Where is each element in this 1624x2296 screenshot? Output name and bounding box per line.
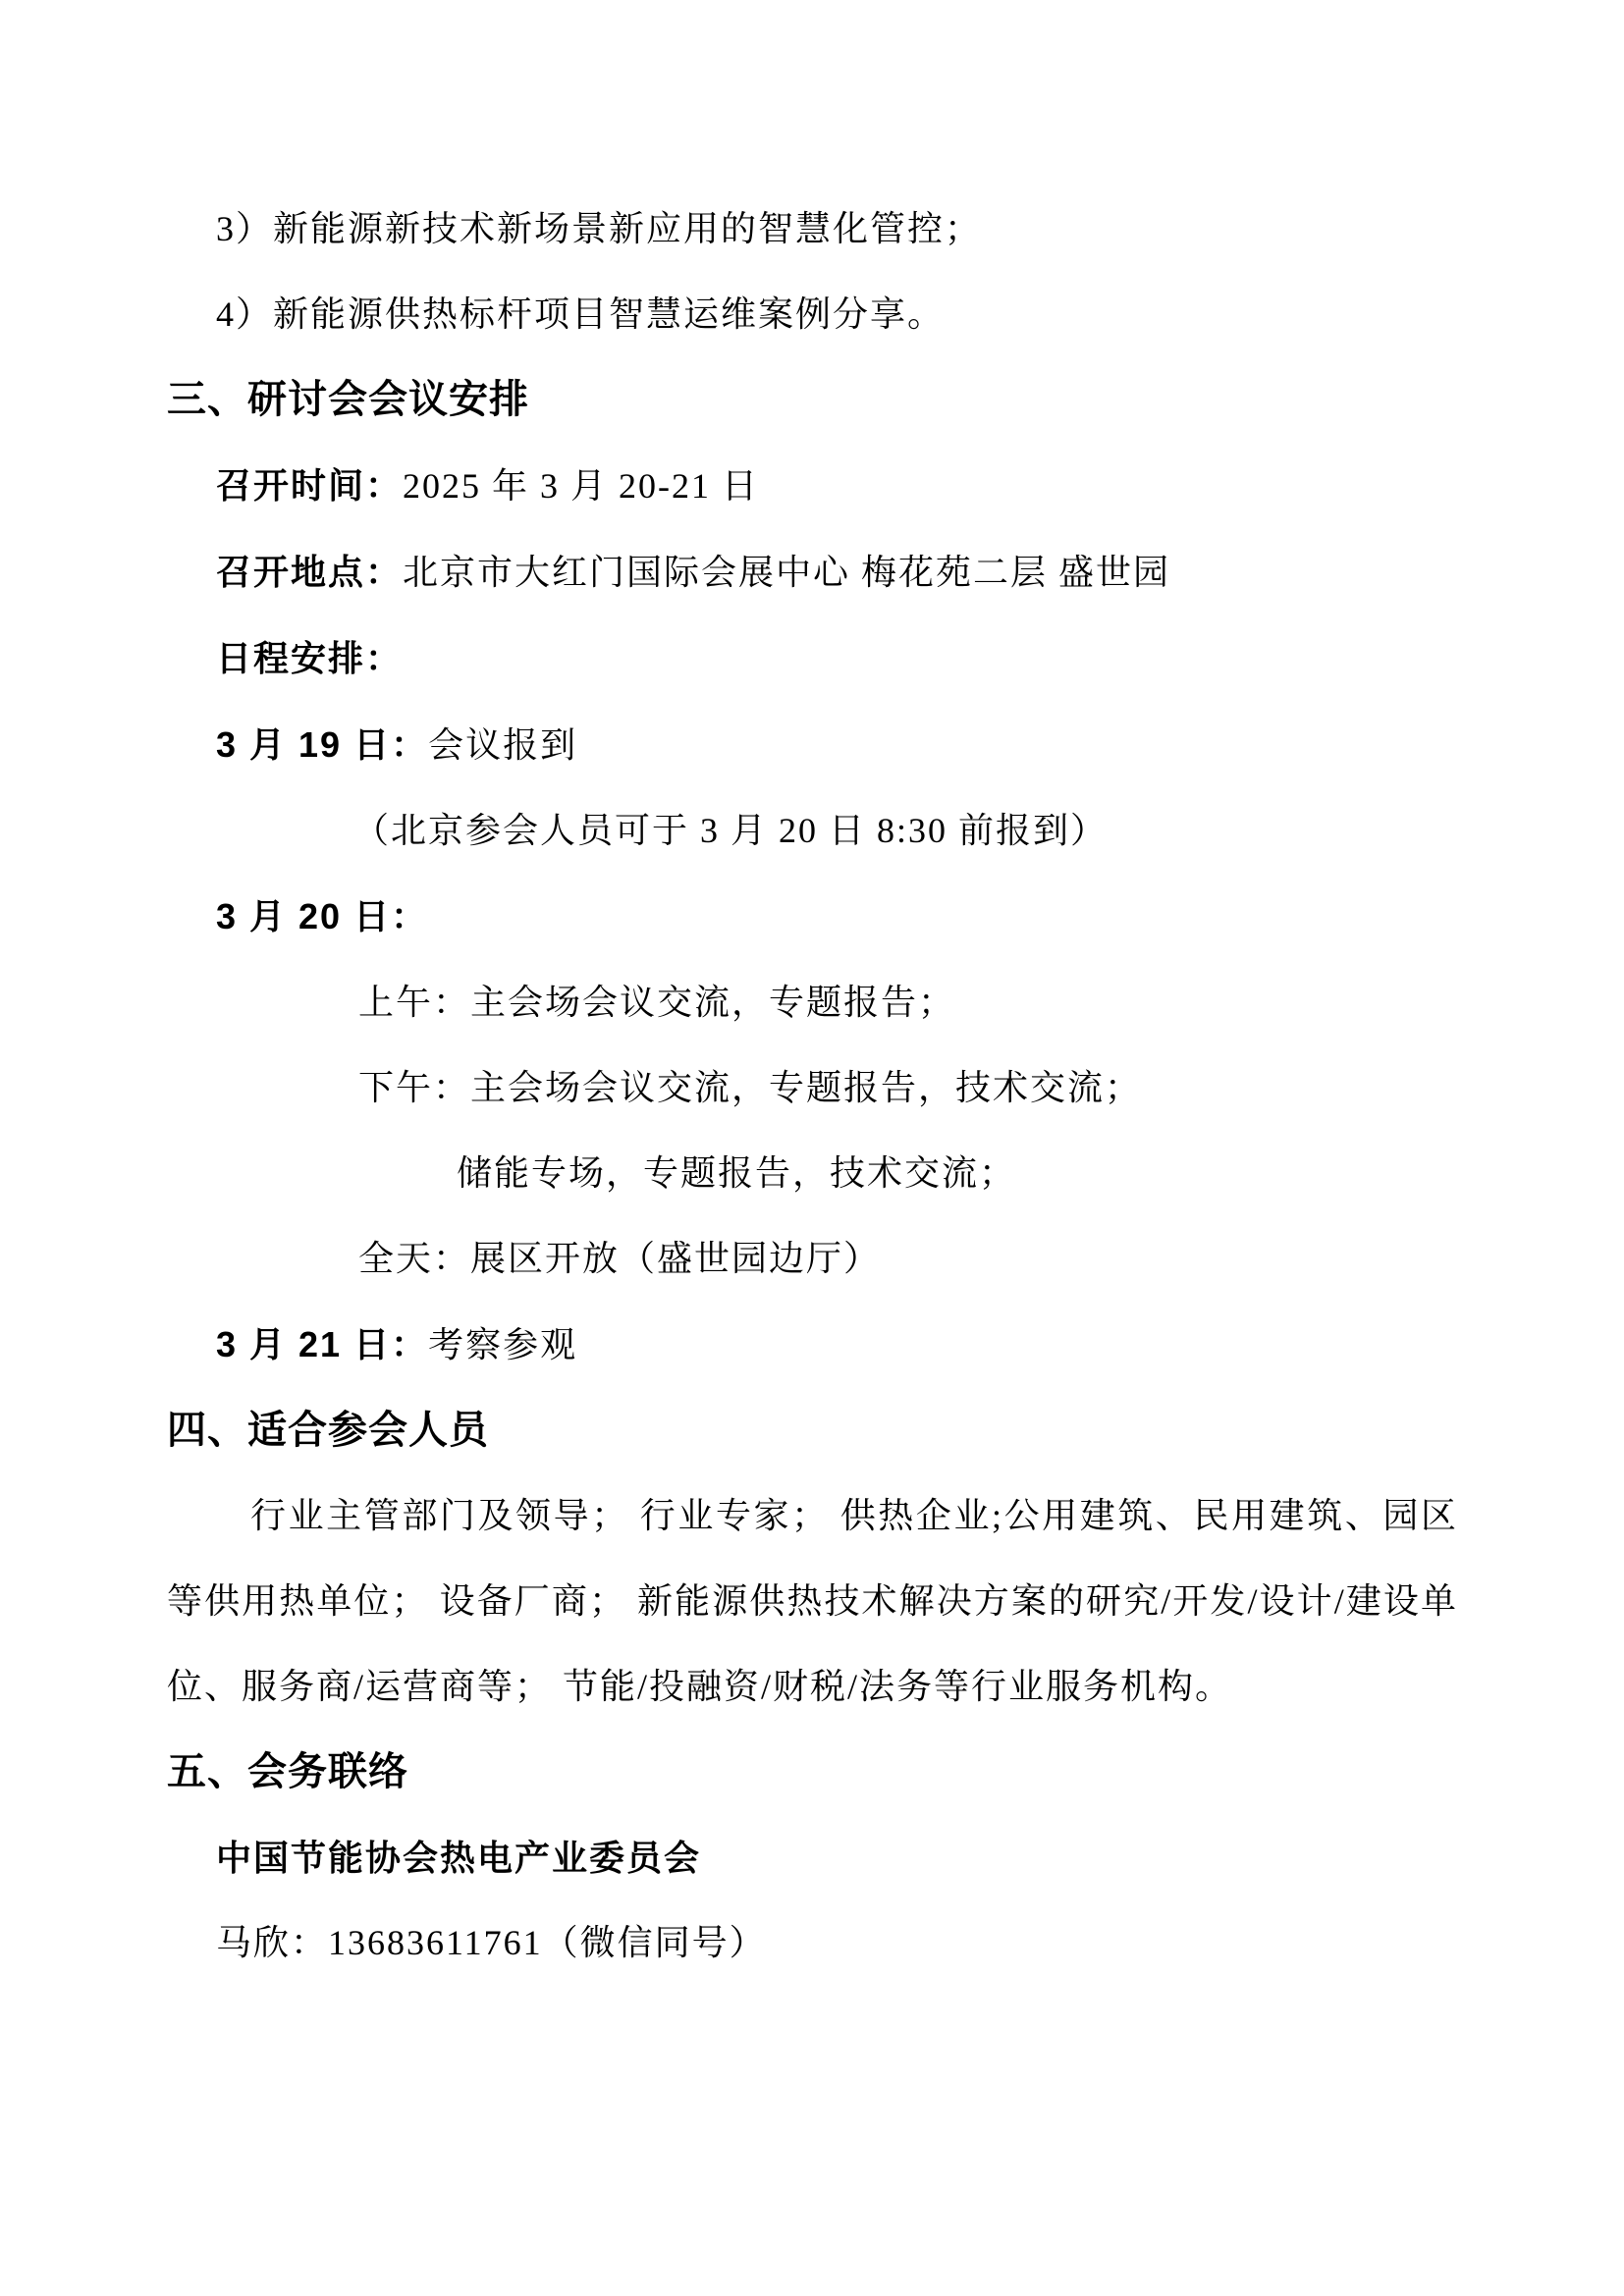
day-20-morning-line: 上午：主会场会议交流，专题报告； bbox=[167, 960, 1458, 1045]
day-20-afternoon: 下午：主会场会议交流，专题报告，技术交流； bbox=[358, 1068, 1142, 1107]
meeting-place-line: 召开地点：北京市大红门国际会展中心 梅花苑二层 盛世园 bbox=[167, 529, 1458, 615]
section-4-heading: 四、适合参会人员 bbox=[167, 1388, 1458, 1473]
participants-paragraph: 行业主管部门及领导； 行业专家； 供热企业;公用建筑、民用建筑、园区等供用热单位… bbox=[167, 1473, 1458, 1730]
day-19-note-line: （北京参会人员可于 3 月 20 日 8:30 前报到） bbox=[167, 788, 1458, 874]
day-21-line: 3 月 21 日：考察参观 bbox=[167, 1302, 1458, 1388]
meeting-time-value: 2025 年 3 月 20-21 日 bbox=[403, 466, 759, 506]
day-20-afternoon2: 储能专场，专题报告，技术交流； bbox=[457, 1153, 1016, 1193]
list-item-4: 4）新能源供热标杆项目智慧运维案例分享。 bbox=[167, 272, 1458, 357]
list-item-3: 3）新能源新技术新场景新应用的智慧化管控； bbox=[167, 187, 1458, 272]
meeting-place-label: 召开地点： bbox=[216, 552, 403, 592]
list-item-3-text: 3）新能源新技术新场景新应用的智慧化管控； bbox=[216, 209, 982, 248]
day-20-afternoon-line: 下午：主会场会议交流，专题报告，技术交流； bbox=[167, 1045, 1458, 1131]
document-page: 3）新能源新技术新场景新应用的智慧化管控； 4）新能源供热标杆项目智慧运维案例分… bbox=[0, 0, 1624, 2296]
day-19-line: 3 月 19 日：会议报到 bbox=[167, 702, 1458, 788]
section-3-heading: 三、研讨会会议安排 bbox=[167, 357, 1458, 443]
organization-name: 中国节能协会热电产业委员会 bbox=[167, 1815, 1458, 1900]
day-19-note: （北京参会人员可于 3 月 20 日 8:30 前报到） bbox=[353, 811, 1108, 850]
meeting-time-label: 召开时间： bbox=[216, 465, 403, 506]
agenda-label: 日程安排： bbox=[216, 638, 403, 678]
contact-line: 马欣：13683611761（微信同号） bbox=[167, 1900, 1458, 1986]
day-20-label: 3 月 20 日： bbox=[216, 896, 428, 936]
day-20-morning: 上午：主会场会议交流，专题报告； bbox=[358, 983, 955, 1022]
day-20-afternoon2-line: 储能专场，专题报告，技术交流； bbox=[167, 1131, 1458, 1216]
day-19-value: 会议报到 bbox=[428, 725, 577, 765]
meeting-place-value: 北京市大红门国际会展中心 梅花苑二层 盛世园 bbox=[403, 553, 1170, 592]
day-21-label: 3 月 21 日： bbox=[216, 1324, 428, 1364]
day-19-label: 3 月 19 日： bbox=[216, 724, 428, 765]
document-content: 3）新能源新技术新场景新应用的智慧化管控； 4）新能源供热标杆项目智慧运维案例分… bbox=[0, 0, 1624, 1986]
contact-info: 马欣：13683611761（微信同号） bbox=[216, 1923, 767, 1962]
day-20-allday-line: 全天：展区开放（盛世园边厅） bbox=[167, 1216, 1458, 1302]
section-5-heading: 五、会务联络 bbox=[167, 1730, 1458, 1815]
day-20-line: 3 月 20 日： bbox=[167, 874, 1458, 960]
meeting-time-line: 召开时间：2025 年 3 月 20-21 日 bbox=[167, 443, 1458, 529]
day-20-allday: 全天：展区开放（盛世园边厅） bbox=[358, 1239, 881, 1278]
day-21-value: 考察参观 bbox=[428, 1325, 577, 1364]
list-item-4-text: 4）新能源供热标杆项目智慧运维案例分享。 bbox=[216, 294, 945, 334]
agenda-label-line: 日程安排： bbox=[167, 615, 1458, 702]
